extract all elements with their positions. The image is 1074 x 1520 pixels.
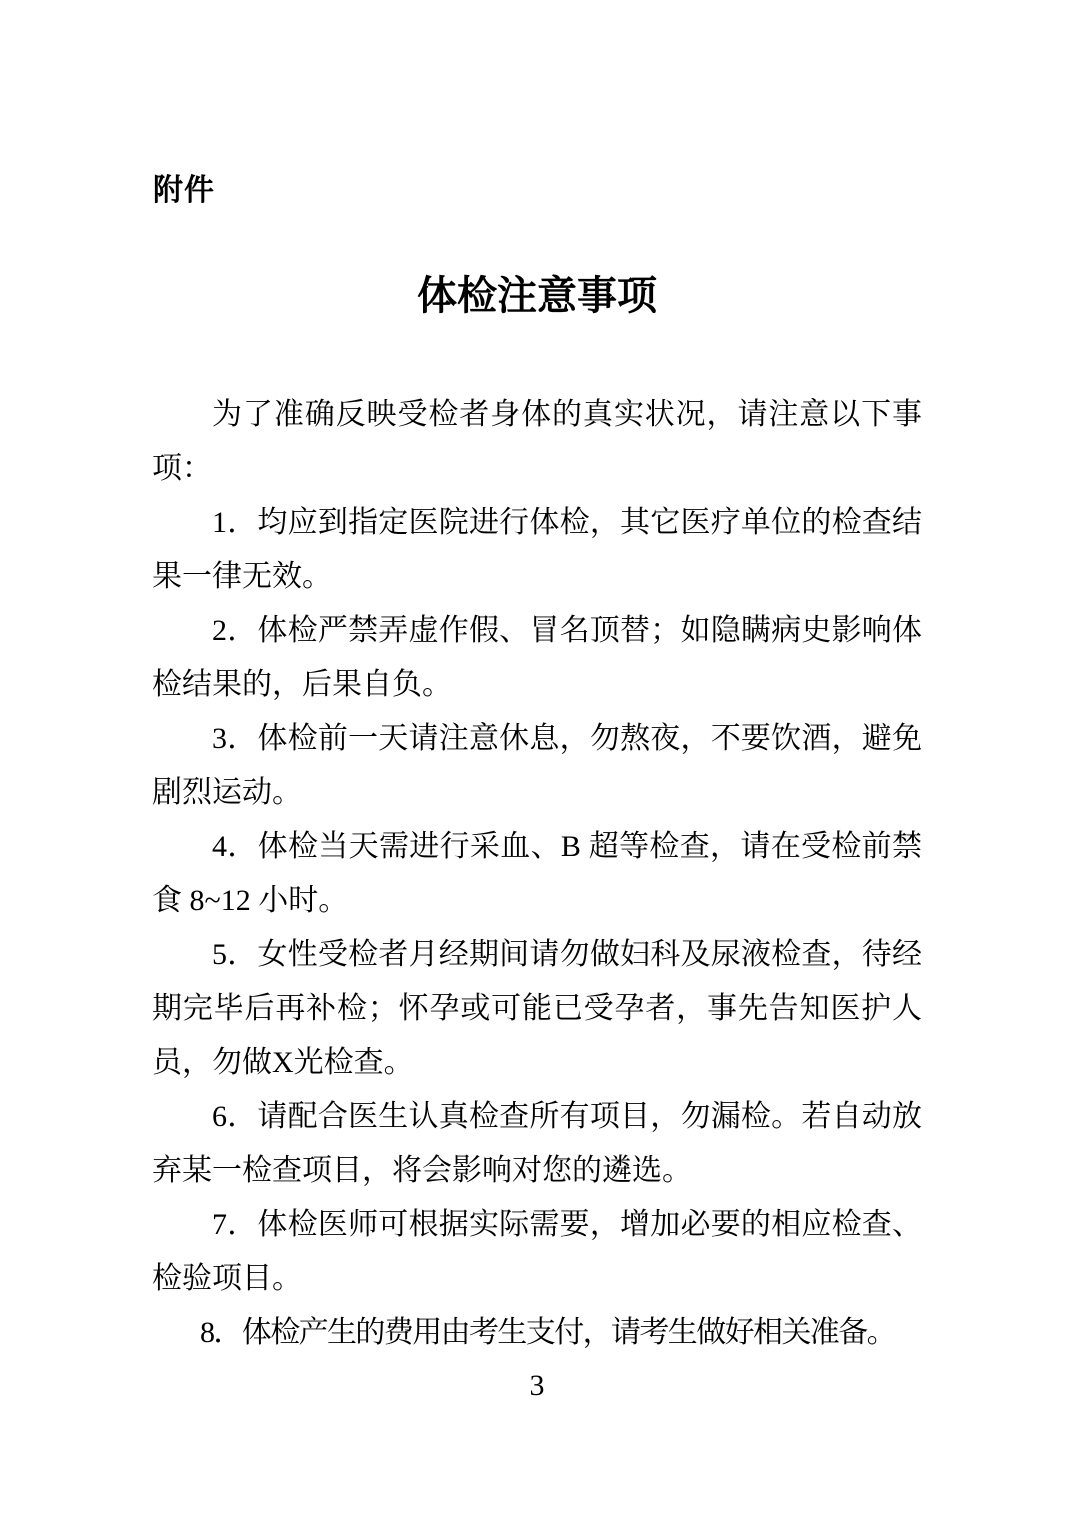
body-line: 食 8~12 小时。 (152, 874, 922, 928)
body-line: 项： (152, 442, 922, 496)
body-line: 剧烈运动。 (152, 766, 922, 820)
body-line: 果一律无效。 (152, 550, 922, 604)
body-line: 检结果的，后果自负。 (152, 658, 922, 712)
document-body: 为了准确反映受检者身体的真实状况，请注意以下事 项： 1．均应到指定医院进行体检… (152, 388, 922, 1360)
attachment-label: 附件 (153, 176, 215, 206)
body-line: 6．请配合医生认真检查所有项目，勿漏检。若自动放 (152, 1090, 922, 1144)
document-title: 体检注意事项 (0, 274, 1074, 318)
body-line: 为了准确反映受检者身体的真实状况，请注意以下事 (152, 388, 922, 442)
body-line: 弃某一检查项目，将会影响对您的遴选。 (152, 1144, 922, 1198)
body-line: 3．体检前一天请注意休息，勿熬夜，不要饮酒，避免 (152, 712, 922, 766)
body-line: 期完毕后再补检；怀孕或可能已受孕者，事先告知医护人 (152, 982, 922, 1036)
body-line: 8．体检产生的费用由考生支付，请考生做好相关准备。 (152, 1306, 922, 1360)
document-page: 附件 体检注意事项 为了准确反映受检者身体的真实状况，请注意以下事 项： 1．均… (0, 0, 1074, 1520)
body-line: 5．女性受检者月经期间请勿做妇科及尿液检查，待经 (152, 928, 922, 982)
body-line: 7．体检医师可根据实际需要，增加必要的相应检查、 (152, 1198, 922, 1252)
body-line: 1．均应到指定医院进行体检，其它医疗单位的检查结 (152, 496, 922, 550)
body-line: 检验项目。 (152, 1252, 922, 1306)
body-line: 4．体检当天需进行采血、B 超等检查，请在受检前禁 (152, 820, 922, 874)
page-number: 3 (0, 1371, 1074, 1401)
body-line: 2．体检严禁弄虚作假、冒名顶替；如隐瞒病史影响体 (152, 604, 922, 658)
body-line: 员，勿做X光检查。 (152, 1036, 922, 1090)
